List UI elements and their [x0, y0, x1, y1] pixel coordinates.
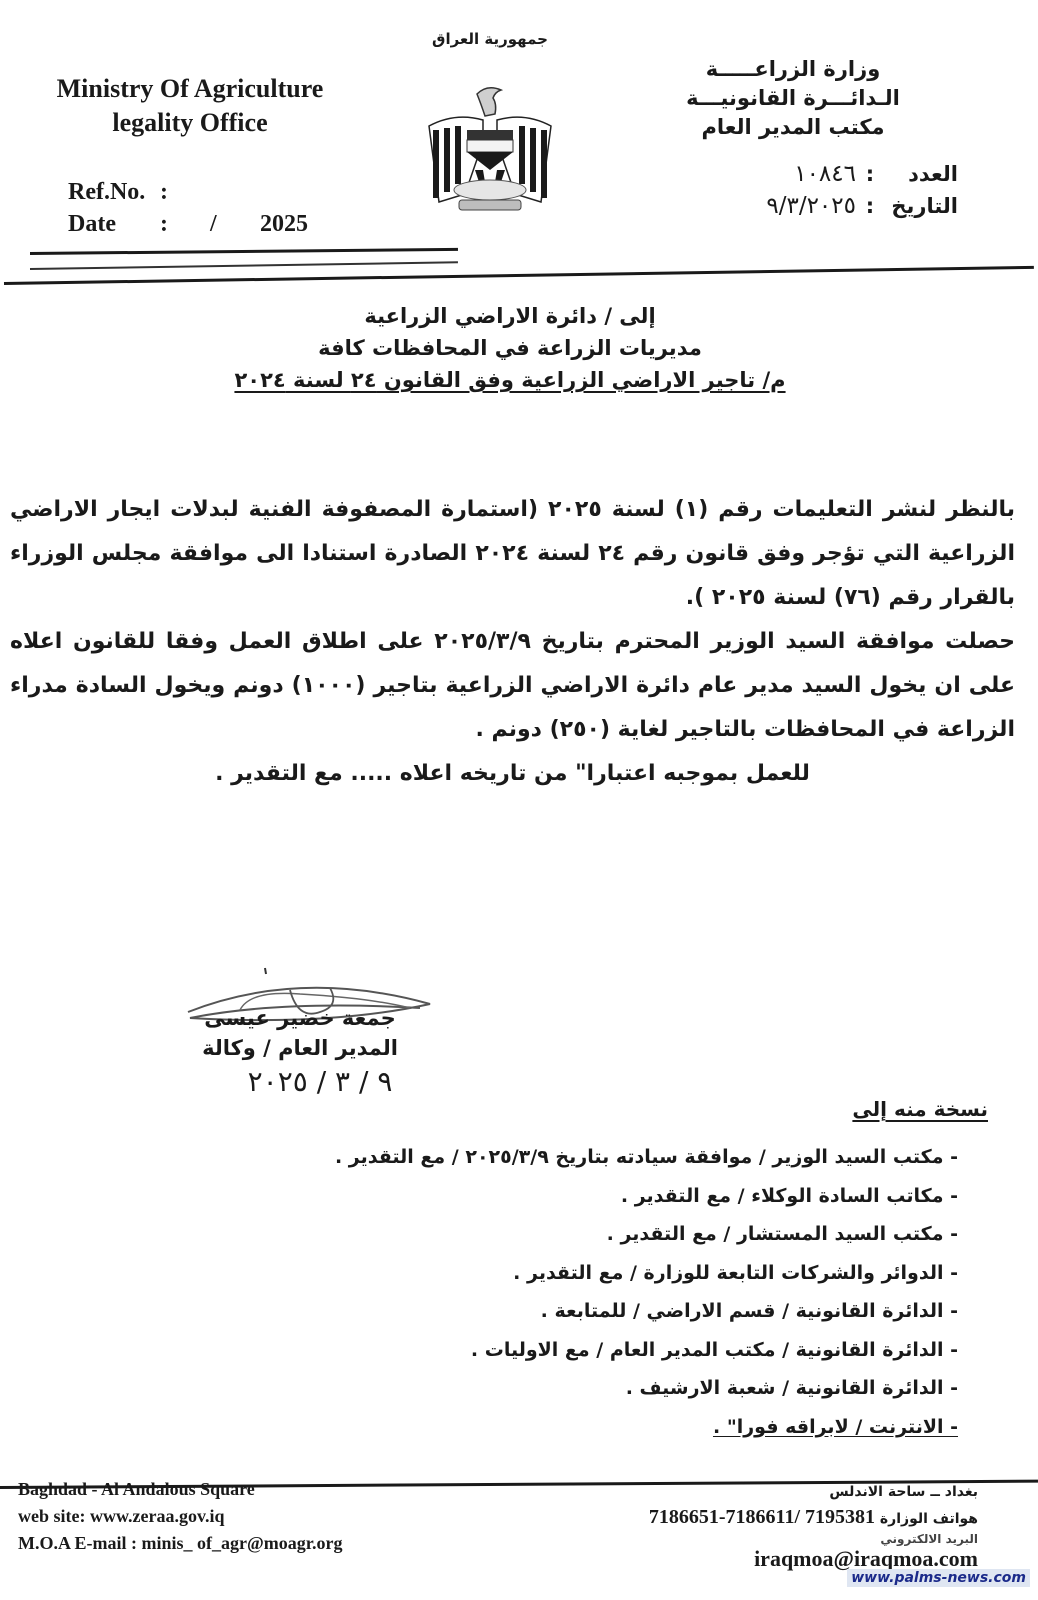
subject-line: م/ تاجير الاراضي الزراعية وفق القانون ٢٤…	[170, 364, 850, 396]
english-letterhead: Ministry Of Agriculture legality Office	[30, 72, 350, 140]
footer-phones-label: هواتف الوزارة	[880, 1511, 978, 1527]
iraq-emblem-icon	[425, 82, 555, 217]
footer-arabic: بغداد ــ ساحة الاندلس هواتف الوزارة 7195…	[578, 1480, 978, 1571]
header-divider-main	[4, 266, 1034, 285]
cc-item: - الدائرة القانونية / قسم الاراضي / للمت…	[158, 1292, 958, 1331]
footer-email-label-ar: البريد الالكتروني	[578, 1532, 978, 1546]
cc-item: - مكاتب السادة الوكلاء / مع التقدير .	[158, 1177, 958, 1216]
date-sep-ar: :	[856, 190, 884, 222]
recipient-directorates: مديريات الزراعة في المحافظات كافة	[170, 332, 850, 364]
date-slash-en: /	[210, 208, 260, 240]
number-label-ar: العدد	[884, 158, 958, 190]
footer-english: Baghdad - Al Andalous Square web site: w…	[18, 1476, 343, 1557]
ref-no-label: Ref.No.	[68, 176, 160, 208]
body-paragraph-2: حصلت موافقة السيد الوزير المحترم بتاريخ …	[10, 620, 1015, 752]
recipients-block: إلى / دائرة الاراضي الزراعية مديريات الز…	[170, 300, 850, 396]
footer-address-en: Baghdad - Al Andalous Square	[18, 1476, 343, 1503]
letter-body: بالنظر لنشر التعليمات رقم (١) لسنة ٢٠٢٥ …	[10, 488, 1015, 796]
number-sep-ar: :	[856, 158, 884, 190]
header-divider-short	[30, 261, 458, 270]
office-name-en: legality Office	[30, 106, 350, 140]
footer-email-ar[interactable]: iraqmoa@iraqmoa.com	[578, 1546, 978, 1571]
arabic-letterhead: وزارة الزراعـــــة الـدائـــرة القانونيـ…	[628, 55, 958, 142]
date-label-ar: التاريخ	[884, 190, 958, 222]
reference-number: ١٠٨٤٦	[794, 158, 856, 190]
cc-list: - مكتب السيد الوزير / موافقة سيادته بتار…	[158, 1138, 958, 1446]
ref-no-sep: :	[160, 176, 168, 208]
cc-item: - مكتب السيد المستشار / مع التقدير .	[158, 1215, 958, 1254]
footer-phones: 7195381 /7186611-7186651	[649, 1506, 875, 1528]
department-name-ar: الـدائـــرة القانونيـــة	[628, 84, 958, 113]
signatory-title: المدير العام / وكالة	[180, 1033, 420, 1063]
ministry-name-en: Ministry Of Agriculture	[30, 72, 350, 106]
cc-item: - الانترنت / لابراقه فورا" .	[158, 1408, 958, 1447]
office-name-ar: مكتب المدير العام	[628, 113, 958, 142]
cc-heading: نسخة منه إلى	[852, 1097, 988, 1121]
arabic-ref-block: العدد : ١٠٨٤٦ التاريخ : ٩/٣/٢٠٢٥	[658, 158, 958, 222]
footer-website[interactable]: web site: www.zeraa.gov.iq	[18, 1503, 343, 1530]
signature-block: جمعة خضير عيسى المدير العام / وكالة	[180, 1003, 420, 1063]
date-year-en: 2025	[260, 208, 308, 240]
header-divider-upper	[30, 248, 458, 255]
english-ref-block: Ref.No. : Date : / 2025	[68, 176, 308, 240]
source-watermark: www.palms-news.com	[847, 1569, 1030, 1587]
cc-item: - مكتب السيد الوزير / موافقة سيادته بتار…	[158, 1138, 958, 1177]
date-label-en: Date	[68, 208, 160, 240]
body-paragraph-1: بالنظر لنشر التعليمات رقم (١) لسنة ٢٠٢٥ …	[10, 488, 1015, 620]
date-sep-en: :	[160, 208, 210, 240]
cc-item: - الدائرة القانونية / شعبة الارشيف .	[158, 1369, 958, 1408]
body-closing: للعمل بموجبه اعتبارا" من تاريخه اعلاه ..…	[10, 752, 1015, 796]
republic-of-iraq-label: جمهورية العراق	[400, 30, 580, 48]
signatory-name: جمعة خضير عيسى	[180, 1003, 420, 1033]
cc-item: - الدوائر والشركات التابعة للوزارة / مع …	[158, 1254, 958, 1293]
ministry-name-ar: وزارة الزراعـــــة	[628, 55, 958, 84]
document-date: ٩/٣/٢٠٢٥	[766, 190, 856, 222]
recipient-primary: إلى / دائرة الاراضي الزراعية	[170, 300, 850, 332]
signature-date: ٩ / ٣ / ٢٠٢٥	[200, 1065, 440, 1098]
footer-email-en[interactable]: M.O.A E-mail : minis_ of_agr@moagr.org	[18, 1530, 343, 1557]
footer-address-ar: بغداد ــ ساحة الاندلس	[578, 1480, 978, 1505]
cc-item: - الدائرة القانونية / مكتب المدير العام …	[158, 1331, 958, 1370]
